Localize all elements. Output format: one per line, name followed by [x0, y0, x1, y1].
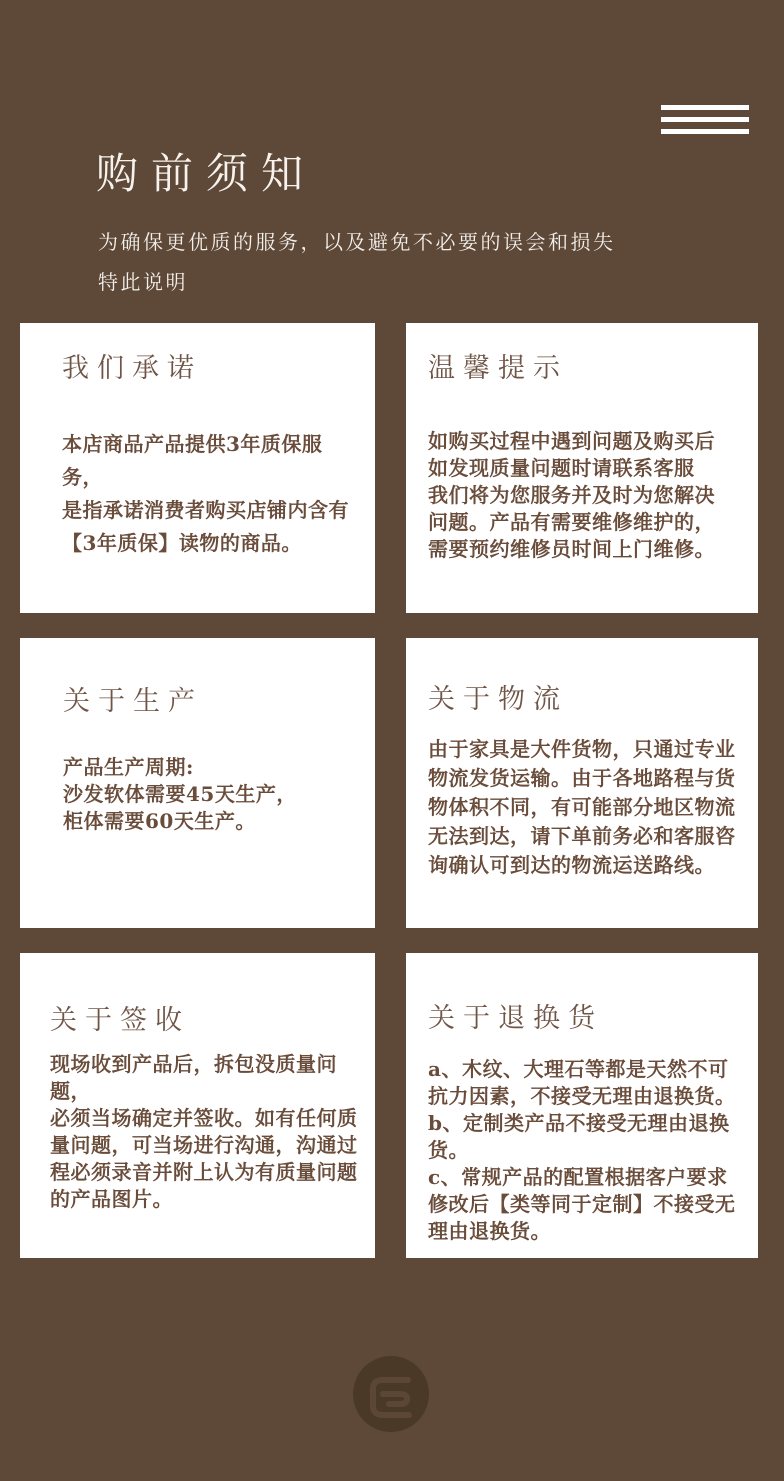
brand-logo-icon [353, 1356, 429, 1432]
brand-logo-svg [353, 1356, 429, 1432]
card-promise: 我们承诺 本店商品产品提供3年质保服务， 是指承诺消费者购买店铺内含有 【3年质… [20, 323, 375, 613]
menu-bar [661, 129, 749, 134]
card-body: a、木纹、大理石等都是天然不可 抗力因素，不接受无理由退换货。 b、定制类产品不… [428, 1056, 752, 1245]
card-tips: 温馨提示 如购买过程中遇到问题及购买后 如发现质量问题时请联系客服 我们将为您服… [406, 323, 758, 613]
card-body: 如购买过程中遇到问题及购买后 如发现质量问题时请联系客服 我们将为您服务并及时为… [428, 428, 750, 563]
page-title: 购前须知 [96, 147, 316, 201]
card-body: 由于家具是大件货物，只通过专业 物流发货运输。由于各地路程与货 物体积不同，有可… [428, 735, 750, 880]
card-signing: 关于签收 现场收到产品后，拆包没质量问题， 必须当场确定并签收。如有任何质 量问… [20, 953, 375, 1258]
notice-cards-grid: 我们承诺 本店商品产品提供3年质保服务， 是指承诺消费者购买店铺内含有 【3年质… [20, 323, 758, 1258]
card-title: 温馨提示 [428, 351, 750, 387]
menu-bar [661, 105, 749, 110]
card-returns: 关于退换货 a、木纹、大理石等都是天然不可 抗力因素，不接受无理由退换货。 b、… [406, 953, 758, 1258]
card-title: 关于签收 [50, 1003, 369, 1039]
card-title: 关于退换货 [428, 1001, 752, 1037]
card-body: 产品生产周期: 沙发软体需要45天生产， 柜体需要60天生产。 [63, 754, 359, 835]
page-subtitle: 为确保更优质的服务，以及避免不必要的误会和损失 特此说明 [98, 222, 616, 302]
card-production: 关于生产 产品生产周期: 沙发软体需要45天生产， 柜体需要60天生产。 [20, 638, 375, 928]
card-body: 现场收到产品后，拆包没质量问题， 必须当场确定并签收。如有任何质 量问题，可当场… [50, 1051, 369, 1213]
menu-bar [661, 117, 749, 122]
card-logistics: 关于物流 由于家具是大件货物，只通过专业 物流发货运输。由于各地路程与货 物体积… [406, 638, 758, 928]
card-title: 关于生产 [63, 684, 359, 720]
card-title: 关于物流 [428, 682, 750, 718]
pre-purchase-notice-page: { "colors": { "background": "#5E4838", "… [0, 0, 784, 1481]
hamburger-menu-icon[interactable] [661, 105, 749, 134]
card-title: 我们承诺 [62, 351, 359, 387]
card-body: 本店商品产品提供3年质保服务， 是指承诺消费者购买店铺内含有 【3年质保】读物的… [62, 428, 359, 560]
